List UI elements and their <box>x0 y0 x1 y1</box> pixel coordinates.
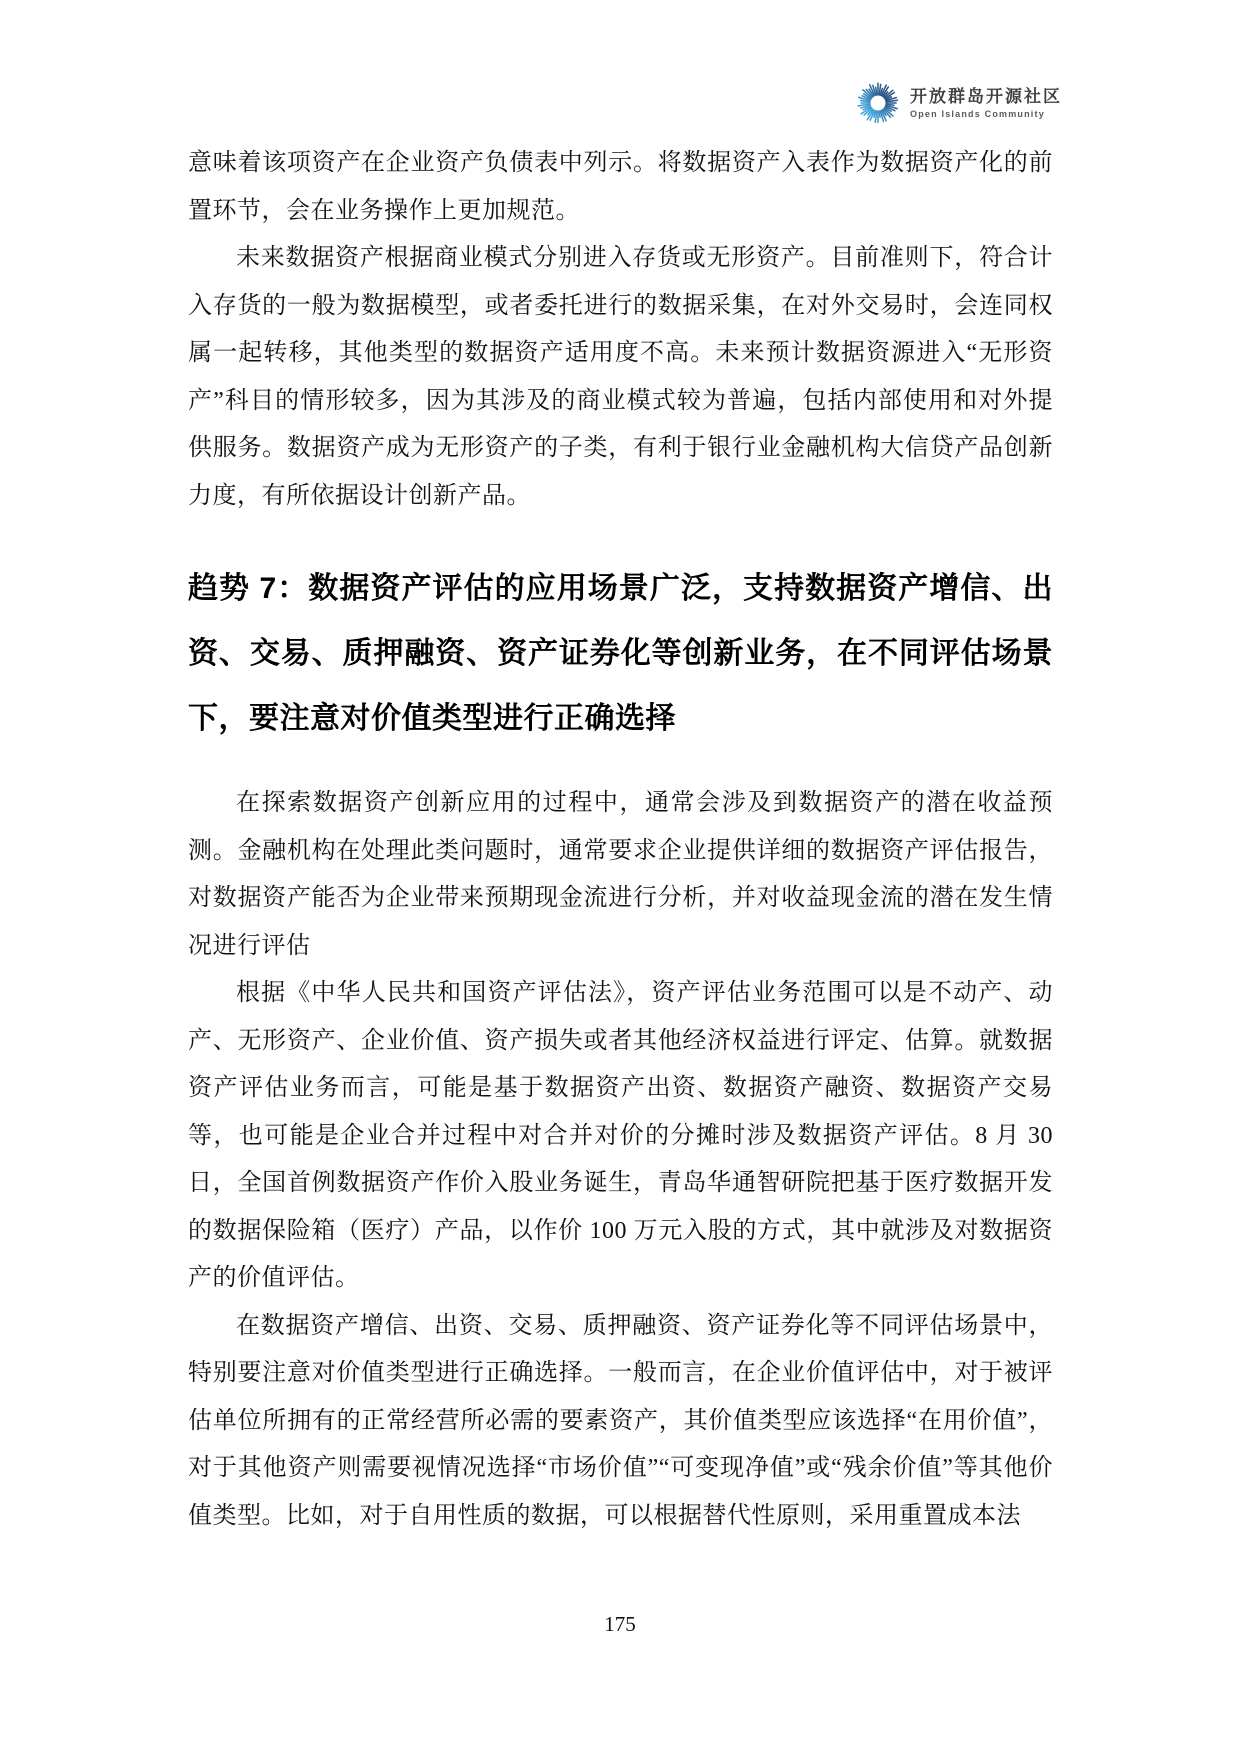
trend-7-heading: 趋势 7：数据资产评估的应用场景广泛，支持数据资产增信、出资、交易、质押融资、资… <box>188 556 1053 751</box>
sunburst-icon <box>855 80 901 126</box>
paragraph-inventory-intangible: 未来数据资产根据商业模式分别进入存货或无形资产。目前准则下，符合计入存货的一般为… <box>188 235 1053 520</box>
page-number: 175 <box>0 1612 1240 1637</box>
paragraph-value-types: 在数据资产增信、出资、交易、质押融资、资产证券化等不同评估场景中，特别要注意对价… <box>188 1303 1053 1541</box>
page-body: 意味着该项资产在企业资产负债表中列示。将数据资产入表作为数据资产化的前置环节，会… <box>188 140 1053 1540</box>
open-islands-logo: 开放群岛开源社区 Open Islands Community <box>855 80 1062 126</box>
logo-text: 开放群岛开源社区 Open Islands Community <box>910 87 1062 119</box>
paragraph-continuation: 意味着该项资产在企业资产负债表中列示。将数据资产入表作为数据资产化的前置环节，会… <box>188 140 1053 235</box>
document-page: 开放群岛开源社区 Open Islands Community 意味着该项资产在… <box>0 0 1240 1753</box>
paragraph-valuation-reports: 在探索数据资产创新应用的过程中，通常会涉及到数据资产的潜在收益预测。金融机构在处… <box>188 780 1053 970</box>
logo-name-en: Open Islands Community <box>910 109 1062 119</box>
paragraph-valuation-law: 根据《中华人民共和国资产评估法》，资产评估业务范围可以是不动产、动产、无形资产、… <box>188 970 1053 1303</box>
logo-name-zh: 开放群岛开源社区 <box>910 87 1062 107</box>
